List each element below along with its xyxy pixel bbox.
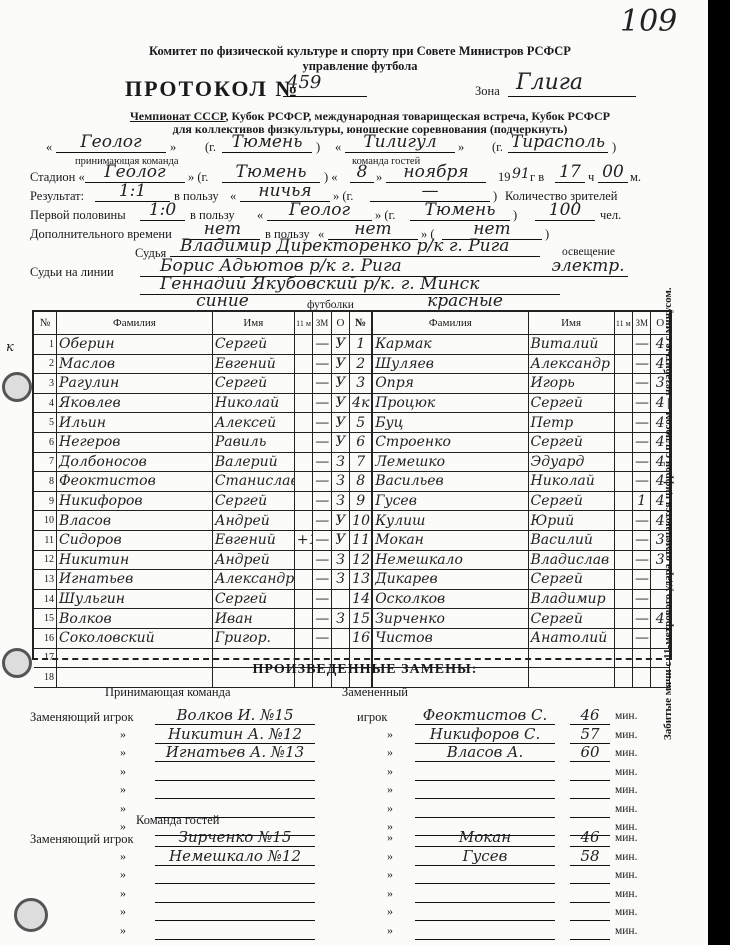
away-name[interactable]: Владислав — [528, 550, 614, 570]
home-zm[interactable]: — — [313, 491, 331, 511]
home-zm[interactable]: — — [313, 413, 331, 433]
city-label: » (г. — [188, 170, 208, 185]
home-surname[interactable]: Соколовский — [57, 628, 213, 648]
home-zm[interactable]: — — [313, 570, 331, 590]
away-zm[interactable]: — — [633, 374, 651, 394]
spectators-unit: чел. — [600, 208, 621, 223]
away-name[interactable]: Сергей — [528, 570, 614, 590]
roster-header: № Фамилия Имя 11 м ЗМ О № Фамилия Имя 11… — [34, 312, 670, 335]
replaced-player-field[interactable] — [415, 902, 555, 921]
home-penalty[interactable] — [294, 413, 312, 433]
minute-field[interactable] — [570, 780, 610, 799]
away-surname[interactable]: Зирченко — [372, 609, 528, 629]
away-shirt-number[interactable]: 5 — [350, 413, 373, 433]
home-penalty[interactable] — [294, 491, 312, 511]
ditto-mark: » — [387, 782, 393, 797]
home-zm[interactable]: — — [313, 335, 331, 355]
away-penalty[interactable] — [614, 432, 632, 452]
home-surname[interactable]: Никитин — [57, 550, 213, 570]
substitution-row: Волков И. №15Феоктистов С.46мин. — [30, 706, 670, 726]
hour-field[interactable]: 17 — [555, 162, 585, 183]
away-penalty[interactable] — [614, 413, 632, 433]
away-shirt-number[interactable]: 10 — [350, 511, 373, 531]
away-zm[interactable]: — — [633, 550, 651, 570]
home-penalty[interactable] — [294, 511, 312, 531]
away-surname[interactable]: Кулиш — [372, 511, 528, 531]
minute-label: мин. — [615, 747, 637, 759]
row-number: 9 — [34, 491, 57, 511]
minute-label: мин. — [615, 729, 637, 741]
away-penalty[interactable] — [614, 511, 632, 531]
ditto-mark: » — [120, 764, 126, 779]
away-shirt-number[interactable]: 7 — [350, 452, 373, 472]
away-surname[interactable]: Васильев — [372, 472, 528, 492]
away-surname[interactable]: Немешкало — [372, 550, 528, 570]
row-number: 4 — [34, 393, 57, 413]
paren-close: ) — [316, 140, 320, 155]
home-name[interactable]: Сергей — [212, 589, 294, 609]
minute-label: мин. — [615, 803, 637, 815]
home-penalty[interactable] — [294, 393, 312, 413]
away-surname[interactable]: Дикарев — [372, 570, 528, 590]
col-zm: ЗМ — [313, 312, 331, 335]
minute-field[interactable] — [570, 884, 610, 903]
hour-label: ч — [588, 170, 594, 185]
first-half-city-field[interactable]: Тюмень — [410, 200, 510, 221]
minute-field[interactable]: 57 — [570, 725, 610, 744]
home-zm[interactable]: — — [313, 393, 331, 413]
table-row: 12НикитинАндрей—З12НемешкалоВладислав—3 — [34, 550, 670, 570]
home-surname[interactable]: Маслов — [57, 354, 213, 374]
row-number: 14 — [34, 589, 57, 609]
year-field[interactable]: 91 — [512, 166, 530, 182]
away-zm[interactable]: — — [633, 530, 651, 550]
replaced-player-field[interactable] — [415, 780, 555, 799]
away-name[interactable]: Василий — [528, 530, 614, 550]
extra-time-label: Дополнительного времени — [30, 227, 172, 242]
replacing-player-field[interactable] — [155, 884, 315, 903]
home-zm[interactable]: — — [313, 550, 331, 570]
minute-label: мин. — [615, 766, 637, 778]
city-label: (г. — [205, 140, 216, 155]
home-surname[interactable]: Игнатьев — [57, 570, 213, 590]
row-number: 1 — [34, 335, 57, 355]
ditto-mark: » — [387, 849, 393, 864]
away-shirt-number[interactable]: 9 — [350, 491, 373, 511]
protocol-number[interactable]: 459 — [283, 72, 367, 97]
away-shirt-number[interactable]: 6 — [350, 432, 373, 452]
home-o[interactable]: У — [331, 413, 349, 433]
ditto-mark: » — [387, 886, 393, 901]
row-number: 12 — [34, 550, 57, 570]
row-number: 2 — [34, 354, 57, 374]
home-zm[interactable]: — — [313, 628, 331, 648]
home-zm[interactable]: — — [313, 374, 331, 394]
table-row: 4ЯковлевНиколай—У4кПроцюкСергей—4 — [34, 393, 670, 413]
home-surname[interactable]: Никифоров — [57, 491, 213, 511]
home-surname[interactable]: Власов — [57, 511, 213, 531]
away-zm[interactable]: — — [633, 609, 651, 629]
away-penalty[interactable] — [614, 354, 632, 374]
home-penalty[interactable] — [294, 550, 312, 570]
table-row: 10ВласовАндрей—У10КулишЮрий—4 — [34, 511, 670, 531]
minute-field[interactable] — [570, 799, 610, 818]
home-penalty[interactable] — [294, 452, 312, 472]
table-row: 3РагулинСергей—У3ОпряИгорь—3 — [34, 374, 670, 394]
home-surname[interactable]: Оберин — [57, 335, 213, 355]
home-surname[interactable]: Волков — [57, 609, 213, 629]
away-name[interactable]: Сергей — [528, 432, 614, 452]
row-number: 7 — [34, 452, 57, 472]
col-no-away: № — [350, 312, 373, 335]
away-zm[interactable]: — — [633, 335, 651, 355]
minute-field[interactable]: 46 — [570, 828, 610, 847]
home-surname[interactable]: Сидоров — [57, 530, 213, 550]
away-surname[interactable]: Лемешко — [372, 452, 528, 472]
result-city-field[interactable]: — — [370, 181, 490, 202]
home-name[interactable]: Сергей — [212, 491, 294, 511]
away-penalty[interactable] — [614, 335, 632, 355]
replaced-player-field[interactable]: Гусев — [415, 847, 555, 866]
away-zm[interactable]: — — [633, 511, 651, 531]
away-sub-caption: Команда гостей — [136, 813, 219, 828]
table-row: 13ИгнатьевАлександр—З13ДикаревСергей— — [34, 570, 670, 590]
first-half-in-favor-field[interactable]: Геолог — [267, 200, 372, 221]
home-penalty[interactable] — [294, 609, 312, 629]
row-number: 8 — [34, 472, 57, 492]
table-row: 16СоколовскийГригор.—16ЧистовАнатолий— — [34, 628, 670, 648]
home-name[interactable]: Андрей — [212, 550, 294, 570]
minute-label: мин. — [615, 851, 637, 863]
away-penalty[interactable] — [614, 589, 632, 609]
replaced-player-field[interactable] — [415, 865, 555, 884]
ditto-mark: » — [120, 886, 126, 901]
home-o[interactable]: У — [331, 432, 349, 452]
substitution-row: »Никитин А. №12»Никифоров С.57мин. — [30, 725, 670, 745]
home-name[interactable]: Евгений — [212, 354, 294, 374]
away-penalty[interactable] — [614, 628, 632, 648]
minute-field[interactable] — [570, 865, 610, 884]
replaced-player-field[interactable]: Власов А. — [415, 743, 555, 762]
col-name: Имя — [212, 312, 294, 335]
home-o[interactable]: У — [331, 393, 349, 413]
home-surname[interactable]: Феоктистов — [57, 472, 213, 492]
home-o[interactable]: У — [331, 374, 349, 394]
competition-options: , Кубок РСФСР, международная товарищеска… — [225, 109, 610, 123]
away-penalty[interactable] — [614, 472, 632, 492]
home-team-field[interactable]: Геолог — [56, 132, 166, 153]
away-zm[interactable]: — — [633, 570, 651, 590]
quote-open: « — [335, 140, 341, 155]
away-zm[interactable]: — — [633, 628, 651, 648]
home-o[interactable] — [331, 628, 349, 648]
home-penalty[interactable] — [294, 472, 312, 492]
minute-field[interactable] — [570, 762, 610, 781]
home-surname[interactable]: Рагулин — [57, 374, 213, 394]
away-surname[interactable]: Кармак — [372, 335, 528, 355]
away-name[interactable]: Анатолий — [528, 628, 614, 648]
home-penalty[interactable] — [294, 432, 312, 452]
away-shirt-number[interactable]: 15 — [350, 609, 373, 629]
home-zm[interactable]: — — [313, 609, 331, 629]
replacing-player-field[interactable] — [155, 902, 315, 921]
away-name[interactable]: Александр — [528, 354, 614, 374]
home-shirts-field[interactable]: синие — [140, 291, 305, 312]
replacing-player-field[interactable] — [155, 921, 315, 940]
ditto-mark: » — [120, 904, 126, 919]
home-name[interactable]: Николай — [212, 393, 294, 413]
replaced-player-field[interactable] — [415, 762, 555, 781]
away-penalty[interactable] — [614, 452, 632, 472]
away-penalty[interactable] — [614, 491, 632, 511]
away-team-field[interactable]: Тилигул — [345, 132, 455, 153]
city-label: (г. — [492, 140, 503, 155]
away-surname[interactable]: Строенко — [372, 432, 528, 452]
table-row: 1ОберинСергей—У1КармакВиталий—4 — [34, 335, 670, 355]
replacing-player-field[interactable]: Зирченко №15 — [155, 828, 315, 847]
away-shirt-number[interactable]: 2 — [350, 354, 373, 374]
home-o[interactable]: З — [331, 609, 349, 629]
home-name[interactable]: Александр — [212, 570, 294, 590]
away-surname[interactable]: Процюк — [372, 393, 528, 413]
minute-label: мин. — [615, 784, 637, 796]
stadium-field[interactable]: Геолог — [85, 162, 185, 183]
away-penalty[interactable] — [614, 550, 632, 570]
home-penalty[interactable] — [294, 628, 312, 648]
away-shirt-number[interactable]: 1 — [350, 335, 373, 355]
away-penalty[interactable] — [614, 393, 632, 413]
minute-field[interactable] — [570, 902, 610, 921]
replacing-player-field[interactable]: Немешкало №12 — [155, 847, 315, 866]
lighting-field[interactable]: электр. — [548, 256, 628, 277]
away-zm[interactable]: — — [633, 472, 651, 492]
away-shirt-number[interactable]: 13 — [350, 570, 373, 590]
home-zm[interactable]: — — [313, 354, 331, 374]
home-o[interactable]: З — [331, 452, 349, 472]
home-surname[interactable]: Негеров — [57, 432, 213, 452]
result-in-favor-field[interactable]: ничья — [240, 181, 330, 202]
away-shirts-field[interactable]: красные — [365, 291, 565, 312]
away-penalty[interactable] — [614, 570, 632, 590]
away-surname[interactable]: Шуляев — [372, 354, 528, 374]
replaced-player-field[interactable] — [415, 884, 555, 903]
substitution-row: »»мин. — [30, 902, 670, 922]
away-shirt-number[interactable]: 3 — [350, 374, 373, 394]
year-prefix: 19 — [498, 170, 511, 185]
away-surname[interactable]: Чистов — [372, 628, 528, 648]
home-zm[interactable]: — — [313, 432, 331, 452]
stadium-city-field[interactable]: Тюмень — [222, 162, 320, 183]
home-penalty[interactable] — [294, 589, 312, 609]
minute-label: мин. — [615, 869, 637, 881]
ditto-mark: » — [387, 923, 393, 938]
result-field[interactable]: 1:1 — [95, 181, 170, 202]
result-label: Результат: — [30, 189, 84, 204]
replacing-player-field[interactable] — [155, 865, 315, 884]
replaced-player-field[interactable] — [415, 799, 555, 818]
away-surname[interactable]: Осколков — [372, 589, 528, 609]
away-surname[interactable]: Опря — [372, 374, 528, 394]
margin-mark: к — [6, 340, 14, 355]
home-penalty[interactable] — [294, 374, 312, 394]
home-zm[interactable]: — — [313, 530, 331, 550]
away-shirt-number[interactable]: 12 — [350, 550, 373, 570]
minute-field[interactable]: 00 — [598, 162, 628, 183]
home-name[interactable]: Андрей — [212, 511, 294, 531]
away-penalty[interactable] — [614, 609, 632, 629]
away-name[interactable]: Виталий — [528, 335, 614, 355]
away-name[interactable]: Эдуард — [528, 452, 614, 472]
away-shirt-number[interactable]: 16 — [350, 628, 373, 648]
home-o[interactable]: У — [331, 530, 349, 550]
away-name[interactable]: Сергей — [528, 609, 614, 629]
home-o[interactable]: З — [331, 570, 349, 590]
minute-field[interactable] — [570, 921, 610, 940]
substitution-row: »»мин. — [30, 921, 670, 941]
away-name[interactable]: Петр — [528, 413, 614, 433]
substitution-row: »»мин. — [30, 762, 670, 782]
home-penalty[interactable] — [294, 335, 312, 355]
away-name[interactable]: Юрий — [528, 511, 614, 531]
row-number: 13 — [34, 570, 57, 590]
replaced-player-field[interactable]: Мокан — [415, 828, 555, 847]
minute-field[interactable]: 58 — [570, 847, 610, 866]
away-penalty[interactable] — [614, 374, 632, 394]
year-suffix-label: г в — [530, 170, 544, 185]
col-zm-away: ЗМ — [633, 312, 651, 335]
replacing-player-field[interactable]: Игнатьев А. №13 — [155, 743, 315, 762]
minute-label: мин. — [615, 710, 637, 722]
paren-close: ) — [612, 140, 616, 155]
away-shirt-number[interactable]: 8 — [350, 472, 373, 492]
home-name[interactable]: Станислав — [212, 472, 294, 492]
home-zm[interactable]: — — [313, 589, 331, 609]
away-surname[interactable]: Мокан — [372, 530, 528, 550]
substitution-row: »»мин. — [30, 799, 670, 819]
home-o[interactable]: З — [331, 491, 349, 511]
col-o: О — [331, 312, 349, 335]
day-field[interactable]: 8 — [350, 162, 374, 183]
home-name[interactable]: Евгений — [212, 530, 294, 550]
row-number: 3 — [34, 374, 57, 394]
substitution-row: »»мин. — [30, 884, 670, 904]
ditto-mark: » — [120, 727, 126, 742]
replaced-player-field[interactable]: Никифоров С. — [415, 725, 555, 744]
zone-value[interactable]: Глига — [508, 70, 636, 97]
roster-table: № Фамилия Имя 11 м ЗМ О № Фамилия Имя 11… — [32, 310, 672, 660]
row-number: 16 — [34, 628, 57, 648]
away-zm[interactable]: — — [633, 413, 651, 433]
replaced-player-field[interactable] — [415, 921, 555, 940]
away-name[interactable]: Игорь — [528, 374, 614, 394]
ditto-mark: » — [387, 904, 393, 919]
ditto-mark: » — [120, 923, 126, 938]
ditto-mark: » — [120, 801, 126, 816]
row-number: 10 — [34, 511, 57, 531]
replaced-player-field[interactable]: Феоктистов С. — [415, 706, 555, 725]
home-surname[interactable]: Яковлев — [57, 393, 213, 413]
home-name[interactable]: Равиль — [212, 432, 294, 452]
home-name[interactable]: Сергей — [212, 335, 294, 355]
table-row: 2МасловЕвгений—У2ШуляевАлександр—4 — [34, 354, 670, 374]
away-shirt-number[interactable]: 11 — [350, 530, 373, 550]
away-city-field[interactable]: Тирасполь — [508, 132, 608, 153]
substitution-row: »»мин. — [30, 780, 670, 800]
home-name[interactable]: Валерий — [212, 452, 294, 472]
replacing-player-field[interactable]: Никитин А. №12 — [155, 725, 315, 744]
ditto-mark: » — [387, 764, 393, 779]
home-surname[interactable]: Ильин — [57, 413, 213, 433]
away-shirt-number[interactable]: 14 — [350, 589, 373, 609]
away-name[interactable]: Сергей — [528, 491, 614, 511]
home-name[interactable]: Григор. — [212, 628, 294, 648]
row-number: 11 — [34, 530, 57, 550]
home-o[interactable] — [331, 589, 349, 609]
away-surname[interactable]: Буц — [372, 413, 528, 433]
away-name[interactable]: Николай — [528, 472, 614, 492]
away-zm[interactable]: — — [633, 432, 651, 452]
table-row: 9НикифоровСергей—З9ГусевСергей14 — [34, 491, 670, 511]
month-field[interactable]: ноября — [386, 162, 486, 183]
away-surname[interactable]: Гусев — [372, 491, 528, 511]
away-shirt-number[interactable]: 4к — [350, 393, 373, 413]
home-surname[interactable]: Шульгин — [57, 589, 213, 609]
table-row: 8ФеоктистовСтанислав—З8ВасильевНиколай—4 — [34, 472, 670, 492]
home-surname[interactable]: Долбоносов — [57, 452, 213, 472]
away-name[interactable]: Владимир — [528, 589, 614, 609]
home-o[interactable]: З — [331, 550, 349, 570]
referee-field[interactable]: Владимир Директоренко р/к г. Рига — [170, 236, 540, 257]
away-zm[interactable]: — — [633, 354, 651, 374]
first-half-label: Первой половины — [30, 208, 126, 223]
table-row: 11СидоровЕвгений+1—У11МоканВасилий—3 — [34, 530, 670, 550]
home-name[interactable]: Алексей — [212, 413, 294, 433]
home-zm[interactable]: — — [313, 472, 331, 492]
home-o[interactable]: З — [331, 472, 349, 492]
home-zm[interactable]: — — [313, 511, 331, 531]
minute-field[interactable]: 46 — [570, 706, 610, 725]
scan-edge — [708, 0, 730, 945]
table-row: 14ШульгинСергей—14ОсколковВладимир— — [34, 589, 670, 609]
away-zm[interactable]: — — [633, 589, 651, 609]
home-o[interactable]: У — [331, 354, 349, 374]
home-name[interactable]: Иван — [212, 609, 294, 629]
replacing-player-field[interactable] — [155, 780, 315, 799]
spectators-field[interactable]: 100 — [535, 200, 595, 221]
row-number: 6 — [34, 432, 57, 452]
home-penalty[interactable] — [294, 570, 312, 590]
away-name[interactable]: Сергей — [528, 393, 614, 413]
replacing-player-field[interactable] — [155, 762, 315, 781]
binder-ring-icon — [2, 372, 32, 402]
minute-label: мин. — [615, 906, 637, 918]
home-penalty[interactable]: +1 — [294, 530, 312, 550]
home-name[interactable]: Сергей — [212, 374, 294, 394]
away-zm[interactable]: — — [633, 393, 651, 413]
home-penalty[interactable] — [294, 354, 312, 374]
away-zm[interactable]: — — [633, 452, 651, 472]
ditto-mark: » — [387, 801, 393, 816]
first-half-field[interactable]: 1:0 — [140, 200, 185, 221]
replacing-player-field[interactable]: Волков И. №15 — [155, 706, 315, 725]
home-city-field[interactable]: Тюмень — [222, 132, 312, 153]
home-o[interactable]: У — [331, 335, 349, 355]
home-o[interactable]: У — [331, 511, 349, 531]
home-zm[interactable]: — — [313, 452, 331, 472]
minute-field[interactable]: 60 — [570, 743, 610, 762]
away-zm[interactable]: 1 — [633, 491, 651, 511]
away-penalty[interactable] — [614, 530, 632, 550]
